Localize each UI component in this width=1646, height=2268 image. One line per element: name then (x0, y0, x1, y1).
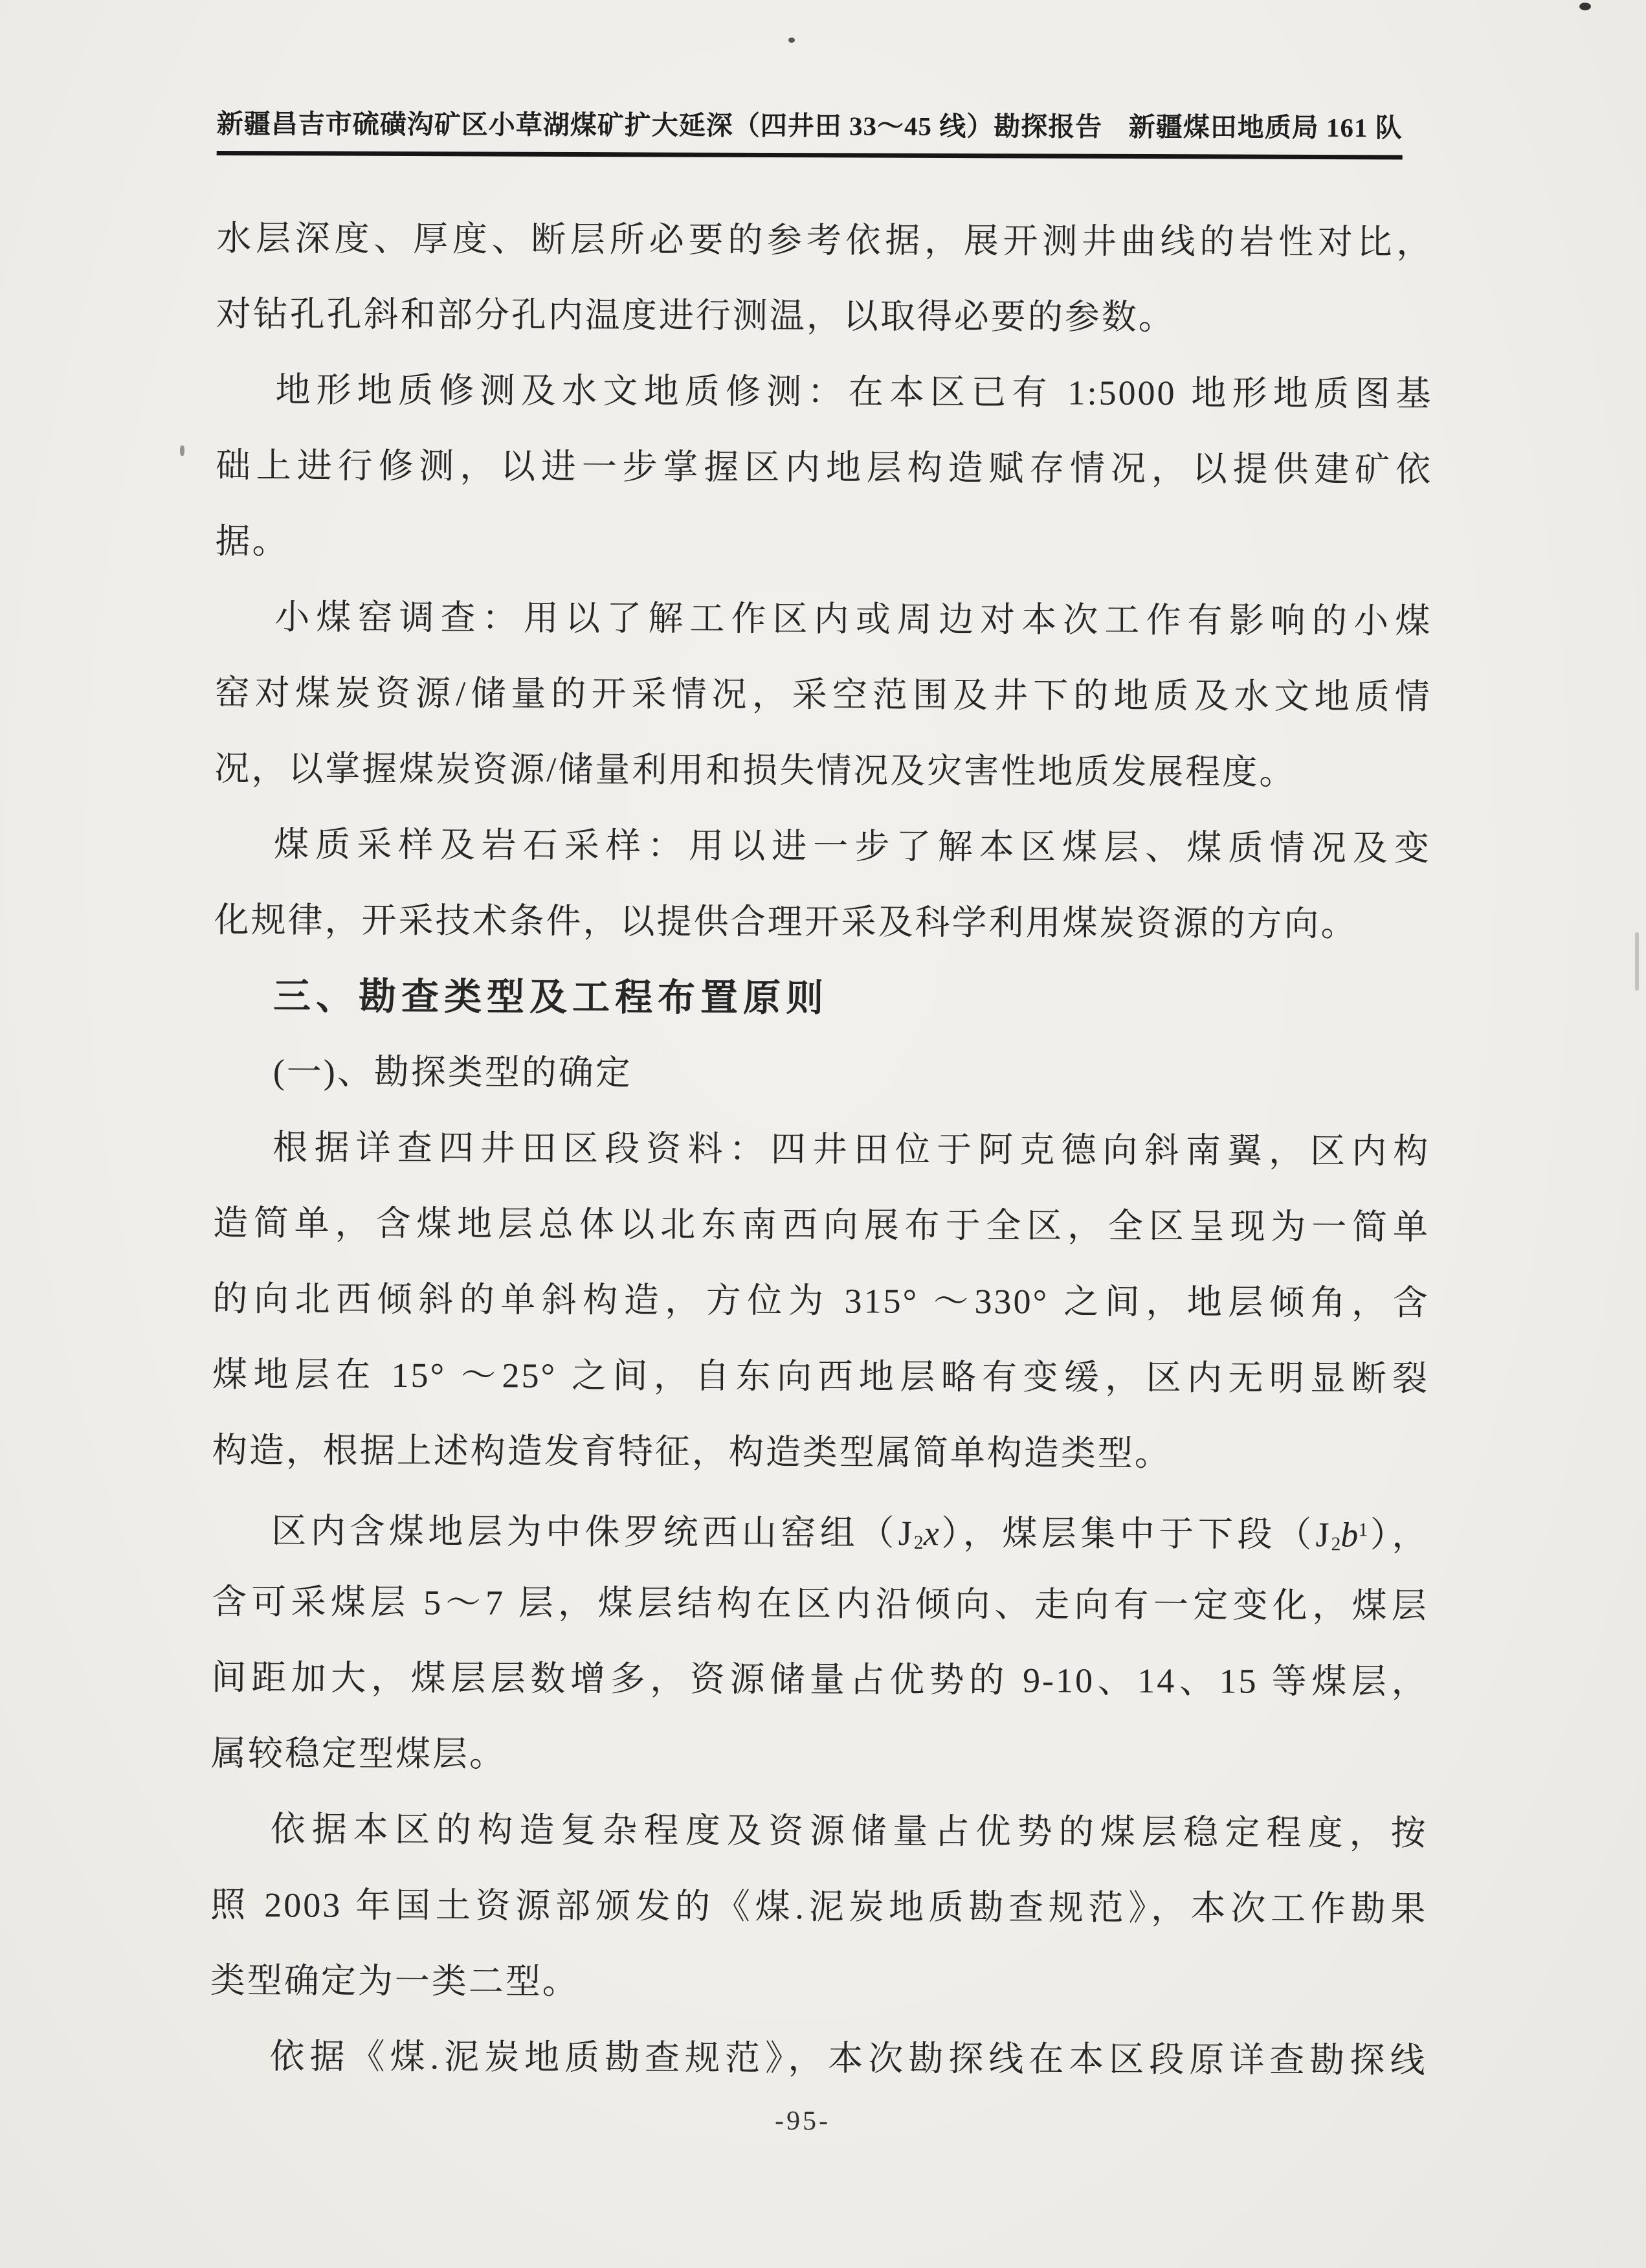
text-line: 间距加大，煤层层数增多，资源储量占优势的 9-10、14、15 等煤层， (211, 1640, 1428, 1720)
text-line: 照 2003 年国土资源部颁发的《煤.泥炭地质勘查规范》，本次工作勘果 (210, 1867, 1427, 1948)
text-line: 依据本区的构造复杂程度及资源储量占优势的煤层稳定程度，按 (210, 1791, 1427, 1872)
text-line: 况，以掌握煤炭资源/储量利用和损失情况及灾害性地质发展程度。 (214, 731, 1431, 811)
document-page: 新疆昌吉市硫磺沟矿区小草湖煤矿扩大延深（四井田 33～45 线）勘探报告 新疆煤… (0, 0, 1646, 2268)
subsection-heading: (一)、勘探类型的确定 (214, 1034, 1430, 1114)
formation-variable: b (1340, 1515, 1358, 1554)
text-line-with-formation-codes: 区内含煤地层为中侏罗统西山窑组（J2x），煤层集中于下段（J2b1）， (212, 1488, 1429, 1569)
text-line: 对钻孔孔斜和部分孔内温度进行测温，以取得必要的参数。 (216, 276, 1433, 357)
text-line: 地形地质修测及水文地质修测：在本区已有 1:5000 地形地质图基 (216, 352, 1432, 432)
header-report-title: 新疆昌吉市硫磺沟矿区小草湖煤矿扩大延深（四井田 33～45 线）勘探报告 (217, 102, 1103, 144)
text-line: 化规律，开采技术条件，以提供合理开采及科学利用煤炭资源的方向。 (214, 882, 1430, 963)
text-line: 据。 (215, 504, 1432, 584)
text-line: 煤质采样及岩石采样：用以进一步了解本区煤层、煤质情况及变 (214, 807, 1431, 887)
formation-variable: x (924, 1514, 939, 1553)
page-footer: -95- (210, 2104, 1396, 2139)
scan-speck (788, 38, 795, 43)
scan-speck (1579, 3, 1591, 10)
text-line: 含可采煤层 5～7 层，煤层结构在区内沿倾向、走向有一定变化，煤层 (212, 1564, 1429, 1645)
text-line: 属较稳定型煤层。 (211, 1716, 1428, 1796)
formation-subscript: 2 (1331, 1534, 1340, 1555)
text-line: 础上进行修测，以进一步掌握区内地层构造赋存情况，以提供建矿依 (216, 428, 1432, 508)
header-org-name: 新疆煤田地质局 161 队 (1129, 106, 1403, 144)
text-line: 根据详查四井田区段资料：四井田位于阿克德向斜南翼，区内构 (213, 1110, 1430, 1190)
page-header: 新疆昌吉市硫磺沟矿区小草湖煤矿扩大延深（四井田 33～45 线）勘探报告 新疆煤… (217, 102, 1403, 144)
scanned-content: 新疆昌吉市硫磺沟矿区小草湖煤矿扩大延深（四井田 33～45 线）勘探报告 新疆煤… (210, 102, 1434, 2139)
scan-speck (180, 445, 184, 456)
text-line: 窑对煤炭资源/储量的开采情况，采空范围及井下的地质及水文地质情 (215, 655, 1432, 735)
text-line: 构造，根据上述构造发育特征，构造类型属简单构造类型。 (212, 1413, 1429, 1493)
formation-superscript: 1 (1358, 1520, 1368, 1540)
page-number: -95- (775, 2106, 830, 2136)
document-body: 水层深度、厚度、断层所必要的参考依据，展开测井曲线的岩性对比， 对钻孔孔斜和部分… (210, 201, 1433, 2099)
text-line: 依据《煤.泥炭地质勘查规范》，本次勘探线在本区段原详查勘探线 (210, 2019, 1427, 2099)
text-segment: 区内含煤地层为中侏罗统西山窑组（J (271, 1512, 914, 1553)
scan-speck (1635, 932, 1639, 991)
text-line: 煤地层在 15° ～25° 之间，自东向西地层略有变缓，区内无明显断裂 (212, 1337, 1429, 1417)
formation-subscript: 2 (914, 1533, 924, 1553)
text-line: 类型确定为一类二型。 (210, 1943, 1427, 2023)
header-rule (217, 151, 1403, 159)
text-line: 的向北西倾斜的单斜构造，方位为 315° ～330° 之间，地层倾角，含 (212, 1261, 1429, 1342)
text-line: 水层深度、厚度、断层所必要的参考依据，展开测井曲线的岩性对比， (216, 201, 1433, 281)
text-line: 造简单，含煤地层总体以北东南西向展布于全区，全区呈现为一简单 (213, 1185, 1430, 1266)
section-heading: 三、勘查类型及工程布置原则 (214, 958, 1430, 1039)
text-segment: ），煤层集中于下段（J (939, 1514, 1331, 1554)
text-segment: ）， (1368, 1516, 1429, 1555)
text-line: 小煤窑调查：用以了解工作区内或周边对本次工作有影响的小煤 (215, 579, 1432, 660)
